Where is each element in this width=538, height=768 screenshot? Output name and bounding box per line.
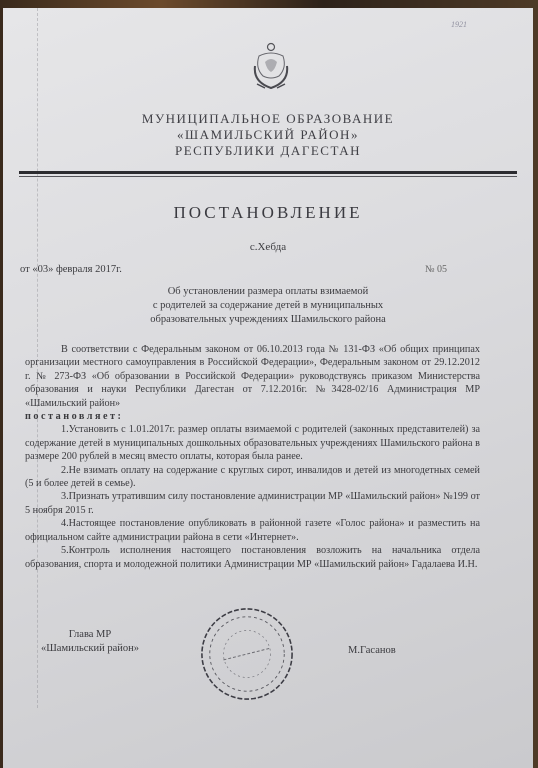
pencil-note: 1921	[451, 20, 467, 29]
resolution-item: 4.Настоящее постановление опубликовать в…	[25, 517, 480, 544]
subject-line: образовательных учреждениях Шамильского …	[3, 313, 533, 327]
header-divider-thin	[19, 176, 517, 177]
document-body: В соответствии с Федеральным законом от …	[25, 343, 480, 571]
document-date: от «03» февраля 2017г.	[20, 264, 122, 275]
preamble: В соответствии с Федеральным законом от …	[25, 343, 480, 410]
header-divider	[19, 171, 517, 174]
resolution-item: 1.Установить с 1.01.2017г. размер оплаты…	[25, 423, 480, 463]
header-line: «ШАМИЛЬСКИЙ РАЙОН»	[3, 127, 533, 143]
signatory-title: Глава МР «Шамильский район»	[25, 628, 155, 656]
signatory-title-line: «Шамильский район»	[25, 642, 155, 656]
official-seal-icon	[198, 605, 296, 703]
subject-line: с родителей за содержание детей в муници…	[3, 299, 533, 313]
header-line: РЕСПУБЛИКИ ДАГЕСТАН	[3, 143, 533, 159]
resolution-item: 2.Не взимать оплату на содержание с круг…	[25, 464, 480, 491]
resolution-item: 5.Контроль исполнения настоящего постано…	[25, 544, 480, 571]
document-place: с.Хебда	[3, 241, 533, 253]
document-title: ПОСТАНОВЛЕНИЕ	[3, 203, 533, 223]
document-number: № 05	[425, 264, 447, 275]
resolves-label: постановляет:	[25, 410, 480, 423]
header-line: МУНИЦИПАЛЬНОЕ ОБРАЗОВАНИЕ	[3, 111, 533, 127]
issuer-header: МУНИЦИПАЛЬНОЕ ОБРАЗОВАНИЕ «ШАМИЛЬСКИЙ РА…	[3, 111, 533, 159]
signatory-name: М.Гасанов	[348, 645, 396, 656]
coat-of-arms-icon	[243, 38, 299, 94]
resolution-item: 3.Признать утратившим силу постановление…	[25, 490, 480, 517]
signatory-title-line: Глава МР	[25, 628, 155, 642]
document-page: 1921 МУНИЦИПАЛЬНОЕ ОБРАЗОВАНИЕ «ШАМИЛЬСК…	[3, 8, 533, 768]
subject-line: Об установлении размера оплаты взимаемой	[3, 285, 533, 299]
document-subject: Об установлении размера оплаты взимаемой…	[3, 285, 533, 327]
